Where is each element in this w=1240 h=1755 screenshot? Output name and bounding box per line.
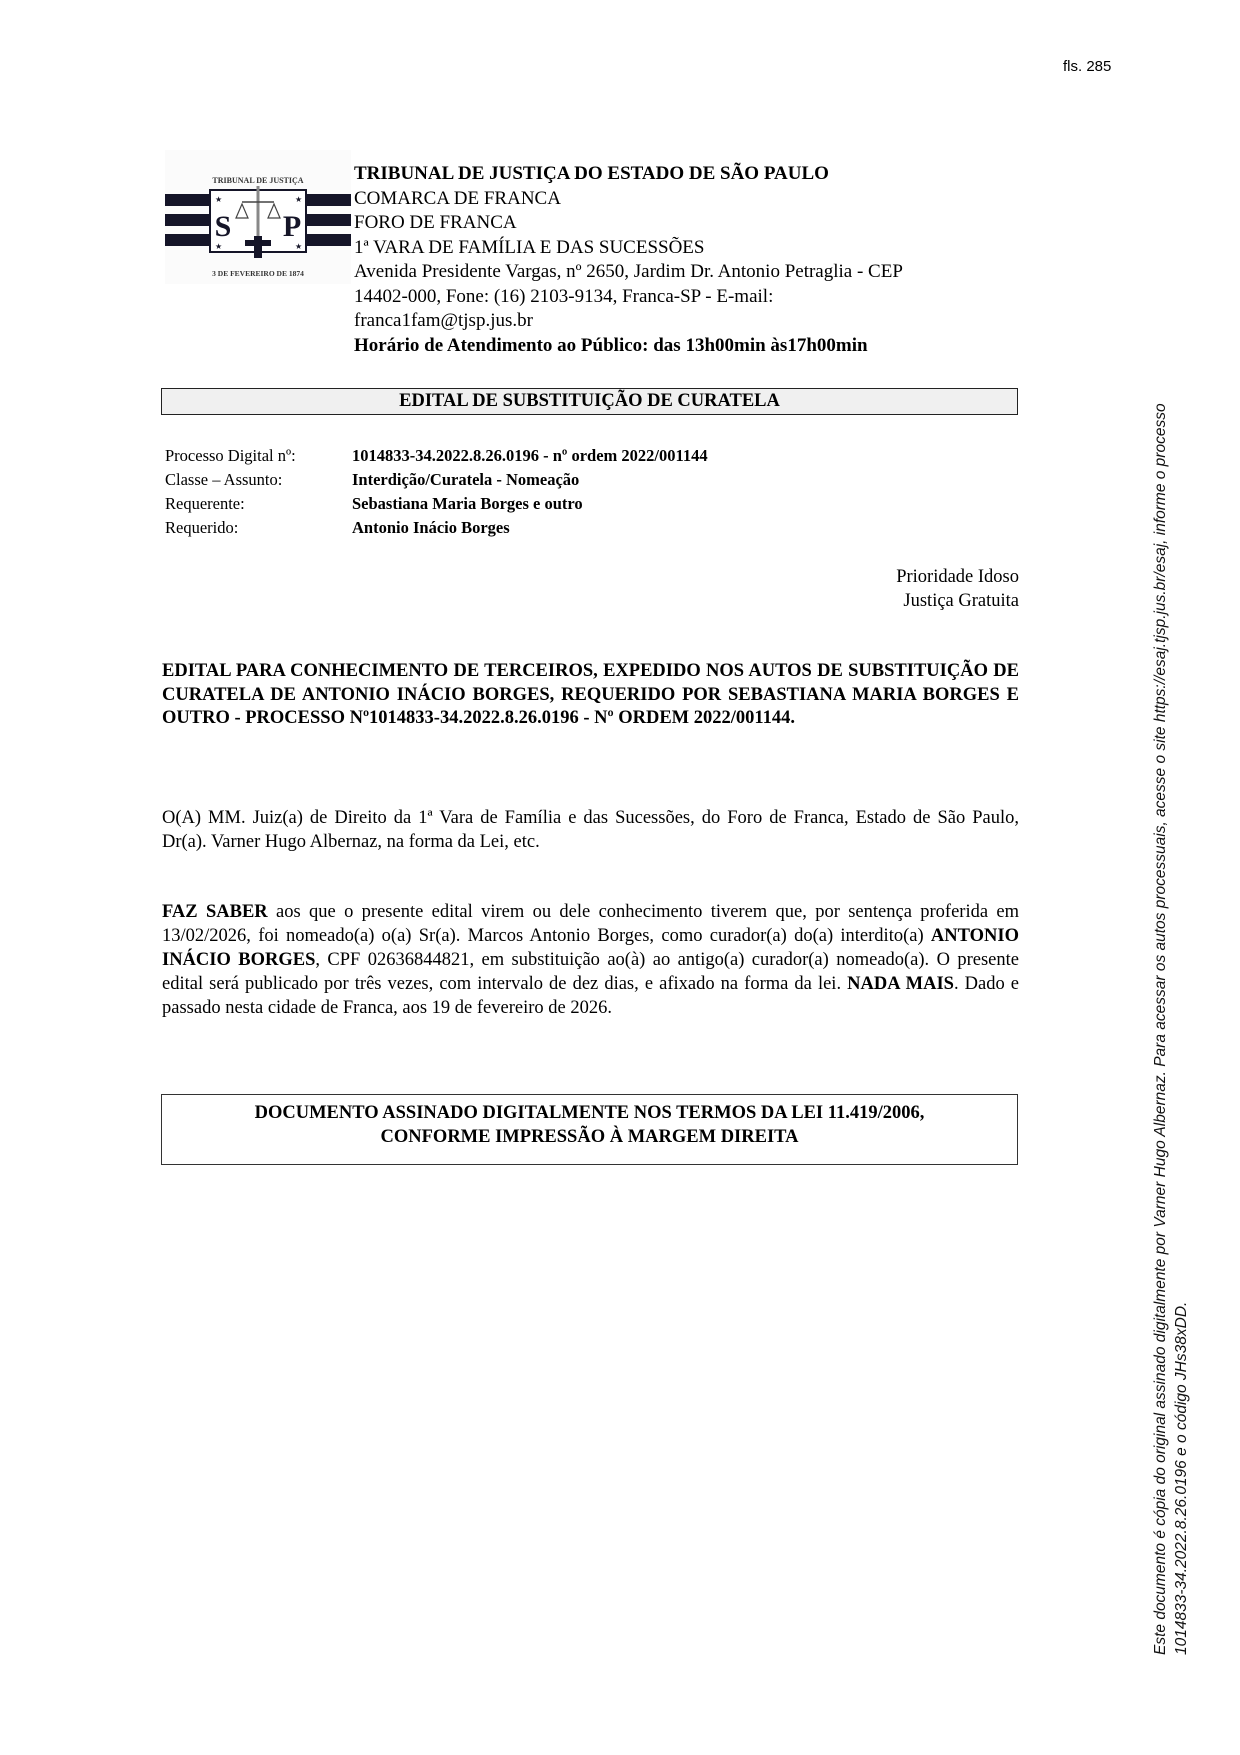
body-paragraph: FAZ SABER aos que o presente edital vire…	[162, 900, 1019, 1020]
gratuity-flag: Justiça Gratuita	[700, 589, 1019, 613]
case-flags: Prioridade Idoso Justiça Gratuita	[700, 565, 1019, 613]
process-number-label: Processo Digital nº:	[165, 444, 352, 468]
address-line-1: Avenida Presidente Vargas, nº 2650, Jard…	[354, 260, 994, 285]
address-line-2: 14402-000, Fone: (16) 2103-9134, Franca-…	[354, 285, 994, 310]
email: franca1fam@tjsp.jus.br	[354, 309, 994, 334]
svg-text:3 DE FEVEREIRO DE 1874: 3 DE FEVEREIRO DE 1874	[212, 269, 304, 278]
process-number-value: 1014833-34.2022.8.26.0196 - nº ordem 202…	[352, 444, 708, 468]
signature-line-1: DOCUMENTO ASSINADO DIGITALMENTE NOS TERM…	[162, 1101, 1017, 1125]
svg-text:★: ★	[295, 195, 302, 204]
margin-authenticity-note: Este documento é cópia do original assin…	[1150, 403, 1192, 1655]
body-part-1: aos que o presente edital virem ou dele …	[162, 902, 1019, 946]
page-folio: fls. 285	[1063, 58, 1111, 75]
court-header: TRIBUNAL DE JUSTIÇA DO ESTADO DE SÃO PAU…	[354, 162, 994, 358]
process-info: Processo Digital nº: 1014833-34.2022.8.2…	[165, 444, 708, 540]
edital-heading: EDITAL PARA CONHECIMENTO DE TERCEIROS, E…	[162, 660, 1019, 731]
comarca: COMARCA DE FRANCA	[354, 187, 994, 212]
petitioner-value: Sebastiana Maria Borges e outro	[352, 492, 583, 516]
svg-text:★: ★	[295, 242, 302, 251]
office-hours: Horário de Atendimento ao Público: das 1…	[354, 334, 994, 359]
svg-text:P: P	[283, 210, 301, 243]
process-info-row: Requerente: Sebastiana Maria Borges e ou…	[165, 492, 708, 516]
faz-saber: FAZ SABER	[162, 902, 268, 922]
petitioner-label: Requerente:	[165, 492, 352, 516]
svg-text:TRIBUNAL DE JUSTIÇA: TRIBUNAL DE JUSTIÇA	[212, 176, 303, 185]
svg-text:★: ★	[215, 242, 222, 251]
respondent-label: Requerido:	[165, 516, 352, 540]
process-info-row: Processo Digital nº: 1014833-34.2022.8.2…	[165, 444, 708, 468]
respondent-value: Antonio Inácio Borges	[352, 516, 510, 540]
svg-text:★: ★	[215, 195, 222, 204]
margin-note-line-1: Este documento é cópia do original assin…	[1150, 403, 1171, 1655]
digital-signature-notice: DOCUMENTO ASSINADO DIGITALMENTE NOS TERM…	[161, 1094, 1018, 1165]
document-title: EDITAL DE SUBSTITUIÇÃO DE CURATELA	[161, 388, 1018, 415]
judge-paragraph: O(A) MM. Juiz(a) de Direito da 1ª Vara d…	[162, 806, 1019, 854]
margin-note-line-2: 1014833-34.2022.8.26.0196 e o código JHs…	[1171, 403, 1192, 1655]
vara: 1ª VARA DE FAMÍLIA E DAS SUCESSÕES	[354, 236, 994, 261]
tjsp-coat-of-arms-icon: TRIBUNAL DE JUSTIÇA S P ★ ★ ★ ★ 3 DE FEV…	[165, 150, 351, 284]
class-subject-value: Interdição/Curatela - Nomeação	[352, 468, 579, 492]
foro: FORO DE FRANCA	[354, 211, 994, 236]
court-name: TRIBUNAL DE JUSTIÇA DO ESTADO DE SÃO PAU…	[354, 162, 994, 187]
class-subject-label: Classe – Assunto:	[165, 468, 352, 492]
priority-flag: Prioridade Idoso	[700, 565, 1019, 589]
signature-line-2: CONFORME IMPRESSÃO À MARGEM DIREITA	[162, 1125, 1017, 1149]
process-info-row: Requerido: Antonio Inácio Borges	[165, 516, 708, 540]
nada-mais: NADA MAIS	[847, 974, 954, 994]
svg-text:S: S	[215, 210, 232, 243]
process-info-row: Classe – Assunto: Interdição/Curatela - …	[165, 468, 708, 492]
